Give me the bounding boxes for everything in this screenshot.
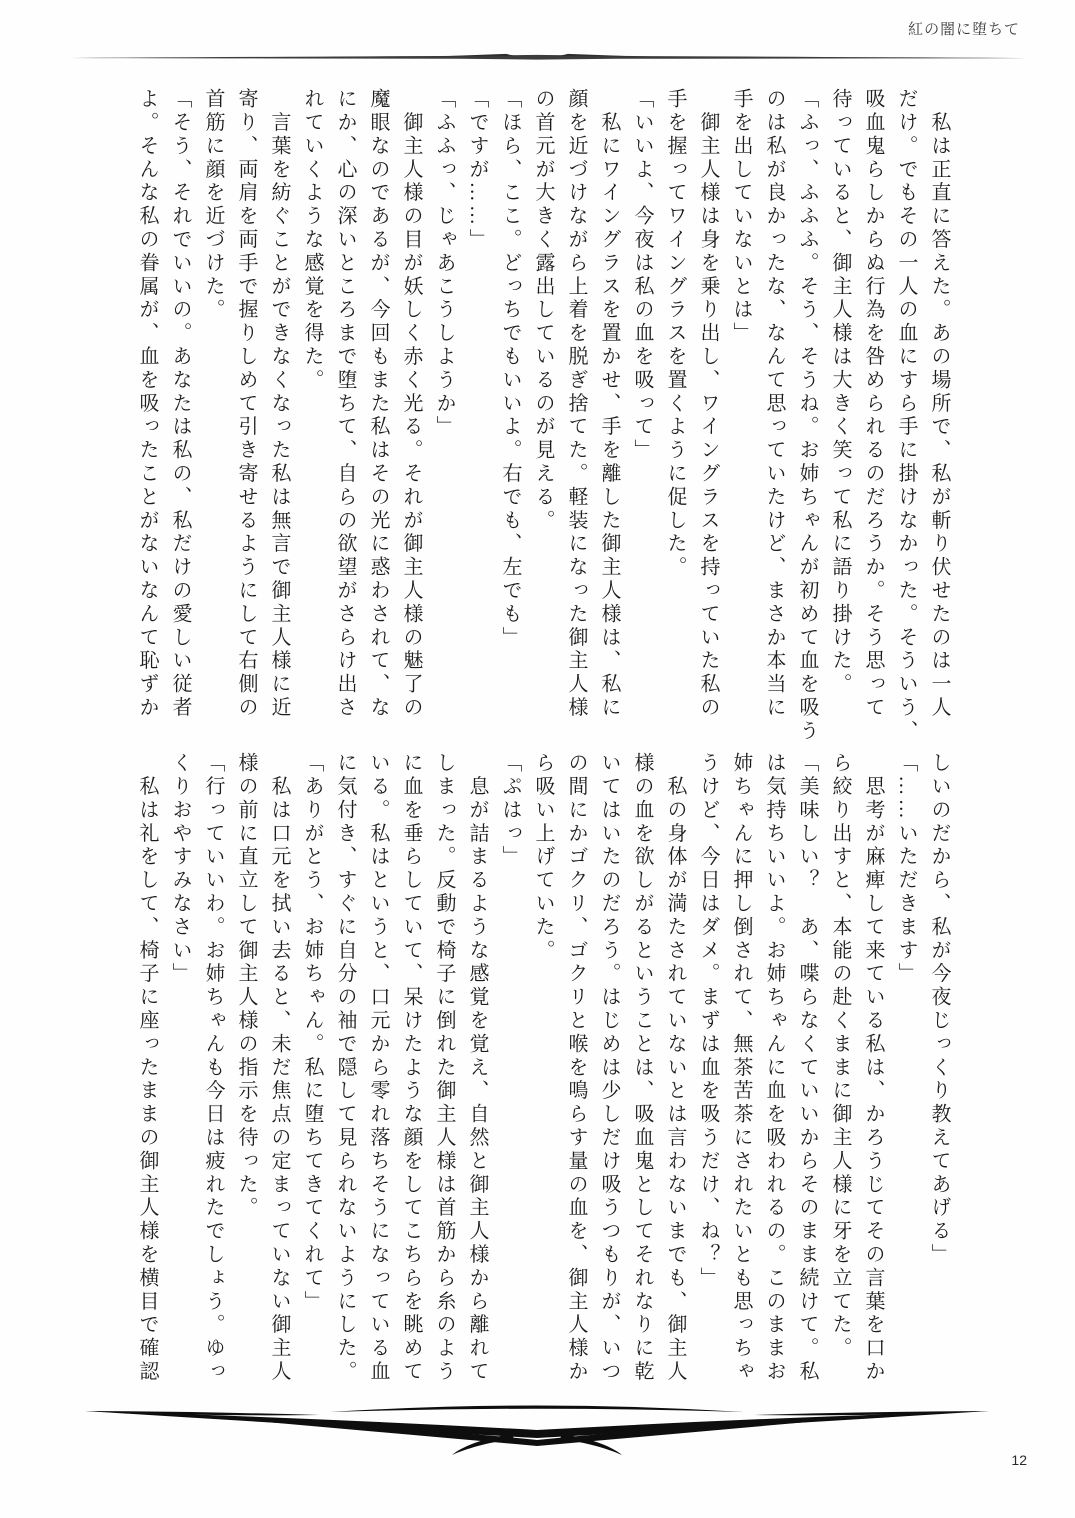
text-column: うけど、今日はダメ。まずは血を吸うだけ、ね？」: [691, 752, 724, 1410]
text-column: 私は正直に答えた。あの場所で、私が斬り伏せたのは一人: [922, 88, 955, 746]
text-column: にか、心の深いところまで堕ちて、自らの欲望がさらけ出さ: [328, 88, 361, 746]
text-column: 「ありがとう、お姉ちゃん。私に堕ちてきてくれて」: [295, 752, 328, 1410]
text-column: ら絞り出すと、本能の赴くままに御主人様に牙を立てた。: [823, 752, 856, 1410]
text-column: 「ふっ、ふふふ。そう、そうね。お姉ちゃんが初めて血を吸う: [790, 88, 823, 746]
text-column: 「行っていいわ。お姉ちゃんも今日は疲れたでしょう。ゆっ: [196, 752, 229, 1410]
text-column: 「いいよ、今夜は私の血を吸って」: [625, 88, 658, 746]
text-column: 私の身体が満たされていないとは言わないまでも、御主人: [658, 752, 691, 1410]
text-column: 「ぷはっ」: [493, 752, 526, 1410]
text-column: ら吸い上げていた。: [526, 752, 559, 1410]
text-column: の間にかゴクリ、ゴクリと喉を鳴らす量の血を、御主人様か: [559, 752, 592, 1410]
text-column: 言葉を紡ぐことができなくなった私は無言で御主人様に近: [262, 88, 295, 746]
text-column: 魔眼なのであるが、今回もまた私はその光に惑わされて、な: [361, 88, 394, 746]
text-column: 私は口元を拭い去ると、未だ焦点の定まっていない御主人: [262, 752, 295, 1410]
text-column: 「……いただきます」: [889, 752, 922, 1410]
text-column: 様の前に直立して御主人様の指示を待った。: [229, 752, 262, 1410]
body-text-bottom-block: しいのだから、私が今夜じっくり教えてあげる」「……いただきます」 思考が麻痺して…: [130, 752, 955, 1410]
text-column: くりおやすみなさい」: [163, 752, 196, 1410]
text-column: 御主人様の目が妖しく赤く光る。それが御主人様の魅了の: [394, 88, 427, 746]
text-column: 「ほら、ここ。どっちでもいいよ。右でも、左でも」: [493, 88, 526, 746]
text-column: 「そう、それでいいの。あなたは私の、私だけの愛しい従者: [163, 88, 196, 746]
text-column: 「美味しい？ あ、喋らなくていいからそのまま続けて。私: [790, 752, 823, 1410]
text-column: 手を出していないとは」: [724, 88, 757, 746]
text-column: よ。そんな私の眷属が、血を吸ったことがないなんて恥ずか: [130, 88, 163, 746]
text-column: しいのだから、私が今夜じっくり教えてあげる」: [922, 752, 955, 1410]
text-column: れていくような感覚を得た。: [295, 88, 328, 746]
text-column: しまった。反動で椅子に倒れた御主人様は首筋から糸のよう: [427, 752, 460, 1410]
text-column: 御主人様は身を乗り出し、ワイングラスを持っていた私の: [691, 88, 724, 746]
top-divider-ornament: [0, 50, 1075, 66]
running-header-title: 紅の闇に堕ちて: [908, 18, 1020, 39]
text-column: 顔を近づけながら上着を脱ぎ捨てた。軽装になった御主人様: [559, 88, 592, 746]
text-column: いてはいたのだろう。はじめは少しだけ吸うつもりが、いつ: [592, 752, 625, 1410]
document-page: 紅の闇に堕ちて 私は正直に答えた。あの場所で、私が斬り伏せたのは一人だけ。でもそ…: [0, 0, 1075, 1518]
text-column: の首元が大きく露出しているのが見える。: [526, 88, 559, 746]
text-column: 思考が麻痺して来ている私は、かろうじてその言葉を口か: [856, 752, 889, 1410]
text-column: のは私が良かったな、なんて思っていたけど、まさか本当に: [757, 88, 790, 746]
text-column: 待っていると、御主人様は大きく笑って私に語り掛けた。: [823, 88, 856, 746]
text-column: は気持ちいいよ。お姉ちゃんに血を吸われるの。このままお: [757, 752, 790, 1410]
text-column: 私にワイングラスを置かせ、手を離した御主人様は、私に: [592, 88, 625, 746]
text-column: 「ですが……」: [460, 88, 493, 746]
text-column: 寄り、両肩を両手で握りしめて引き寄せるようにして右側の: [229, 88, 262, 746]
bottom-divider-ornament: [0, 1394, 1075, 1458]
text-column: だけ。でもその一人の血にすら手に掛けなかった。そういう、: [889, 88, 922, 746]
text-column: 「ふふっ、じゃあこうしようか」: [427, 88, 460, 746]
text-column: 首筋に顔を近づけた。: [196, 88, 229, 746]
text-column: 息が詰まるような感覚を覚え、自然と御主人様から離れて: [460, 752, 493, 1410]
text-column: いる。私はというと、口元から零れ落ちそうになっている血: [361, 752, 394, 1410]
text-column: 吸血鬼らしからぬ行為を咎められるのだろうか。そう思って: [856, 88, 889, 746]
text-column: に気付き、すぐに自分の袖で隠して見られないようにした。: [328, 752, 361, 1410]
text-column: 私は礼をして、椅子に座ったままの御主人様を横目で確認: [130, 752, 163, 1410]
text-column: 姉ちゃんに押し倒されて、無茶苦茶にされたいとも思っちゃ: [724, 752, 757, 1410]
text-column: 手を握ってワイングラスを置くように促した。: [658, 88, 691, 746]
text-column: に血を垂らしていて、呆けたような顔をしてこちらを眺めて: [394, 752, 427, 1410]
text-column: 様の血を欲しがるということは、吸血鬼としてそれなりに乾: [625, 752, 658, 1410]
page-number: 12: [1011, 1452, 1027, 1468]
body-text-top-block: 私は正直に答えた。あの場所で、私が斬り伏せたのは一人だけ。でもその一人の血にすら…: [130, 88, 955, 746]
